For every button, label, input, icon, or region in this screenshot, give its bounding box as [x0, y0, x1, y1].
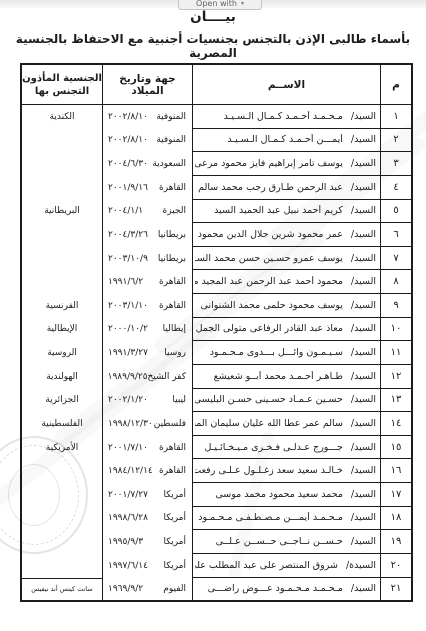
person-name: عمر محمود شرين جلال الدين محمود فهمى: [195, 229, 343, 240]
birth-place: المنوفية: [156, 112, 186, 122]
person-name: مـحـمـد أحـمـد كـمـال الـسـيـد: [224, 111, 343, 122]
birth-date: ٢٠٠١/٧/٢٧: [108, 490, 148, 500]
nationality-cell: سانت كيتس أند نيفيس: [22, 578, 102, 601]
header-name: الاســم: [192, 65, 380, 105]
table-row: ١٧ السيد/ محمد سعيد محمود محمد موسى أمري…: [22, 483, 411, 507]
honorific: السيد/: [351, 134, 376, 145]
row-number: ١٤: [380, 412, 411, 436]
nationality-cell: [22, 507, 102, 531]
person-name: معاذ عبد القادر الرفاعى متولى الجمل: [196, 323, 343, 334]
person-name-cell: السيد/ سـيـمـون وائـــل بـــدوى مـحـمـود: [192, 341, 380, 365]
header-nationality-line1: الجنسية المأذون: [22, 72, 102, 85]
person-name-cell: السيد/ يوسف عمرو حسـين حسن محمد السـمان: [192, 247, 380, 271]
birth-cell: فلسطين ١٩٩٨/١٢/٣٠: [102, 412, 192, 436]
birth-date: ٢٠٠٤/١/١: [108, 206, 143, 216]
birth-place: إيطاليا: [163, 324, 186, 334]
table-row: ١٨ السيد/ مـحـمـد أيمـــن مـصـطـفـى مـحـ…: [22, 507, 411, 531]
chevron-down-icon: ▾: [241, 0, 244, 8]
birth-date: ٢٠٠٠/١٠/٢: [108, 324, 148, 334]
row-number: ١: [380, 105, 411, 129]
person-name: محمود أحمد عبد الرحمن عبد المجيد محفوظ: [195, 276, 343, 287]
honorific: السيد/: [351, 371, 376, 382]
nationality-cell: الإيطالية: [22, 318, 102, 342]
nationality-cell: الهولندية: [22, 365, 102, 389]
table-row: ٤ السيد/ عبد الرحمن طـارق رجب محمد سالم …: [22, 176, 411, 200]
birth-place: كفر الشيخ: [148, 372, 186, 382]
row-number: ٦: [380, 223, 411, 247]
birth-date: ٢٠٠٣/١٠/٩: [108, 254, 148, 264]
table-row: ١٥ السيد/ جـــورج عـدلـى فـخـرى مـيـخـائ…: [22, 436, 411, 460]
birth-date: ١٩٨٩/٩/٢٥: [108, 372, 148, 382]
person-name: محمد سعيد محمود محمد موسى: [215, 489, 343, 500]
birth-place: القاهرة: [159, 183, 186, 193]
header-number: م: [380, 65, 411, 105]
person-name: مـحـمـد أيمـــن مـصـطـفـى مـحـمـود: [198, 512, 343, 523]
person-name: كريم أحمد نبيل عبد الحميد السيد: [214, 205, 343, 216]
row-number: ١٠: [380, 318, 411, 342]
person-name-cell: السيد/ مـحـمـد مـحـمـود عـــوض راضـــى: [192, 578, 380, 601]
row-number: ٣: [380, 152, 411, 176]
nationality-cell: الفلسطينية: [22, 412, 102, 436]
table-row: ٢١ السيد/ مـحـمـد مـحـمـود عـــوض راضـــ…: [22, 578, 411, 601]
header-nationality: الجنسية المأذون التجنس بها: [22, 65, 102, 105]
birth-place: أمريكا: [163, 537, 186, 547]
person-name: يوسف عمرو حسـين حسن محمد السـمان: [195, 253, 343, 264]
person-name-cell: السيد/ كريم أحمد نبيل عبد الحميد السيد: [192, 200, 380, 224]
honorific: السيد/: [351, 418, 376, 429]
row-number: ٤: [380, 176, 411, 200]
row-number: ٢٠: [380, 554, 411, 578]
person-name: مـحـمـد مـحـمـود عـــوض راضـــى: [208, 583, 343, 594]
honorific: السيد/: [351, 205, 376, 216]
birth-cell: القاهرة ٢٠٠٣/١/١٠: [102, 294, 192, 318]
nationality-cell: الجزائرية: [22, 389, 102, 413]
honorific: السيد/: [351, 276, 376, 287]
honorific: السيد/: [351, 465, 376, 476]
row-number: ٧: [380, 247, 411, 271]
honorific: السيد/: [351, 442, 376, 453]
person-name-cell: السيد/ سالم عمر عطا الله عليان سليمان ال…: [192, 412, 380, 436]
birth-place: القاهرة: [159, 443, 186, 453]
table-row: ١٠ السيد/ معاذ عبد القادر الرفاعى متولى …: [22, 318, 411, 342]
table-row: ٧ السيد/ يوسف عمرو حسـين حسن محمد السـما…: [22, 247, 411, 271]
birth-date: ٢٠٠٢/١/٢٠: [108, 395, 148, 405]
person-name: خـالـد سعيد سعد زغـلـول عـلـى رفعت: [195, 465, 343, 476]
table-row: ١١ السيد/ سـيـمـون وائـــل بـــدوى مـحـم…: [22, 341, 411, 365]
birth-place: القاهرة: [159, 466, 186, 476]
document-page: { "viewer": { "open_with_label": "Open w…: [0, 0, 426, 631]
honorific: السيد/: [351, 111, 376, 122]
honorific: السيد/: [351, 323, 376, 334]
page-subtitle: بأسماء طالبى الإذن بالتجنس بجنسيات أجنبي…: [0, 32, 426, 60]
person-name-cell: السيد/ حـســن نــاجــى حــســن عـلــى: [192, 530, 380, 554]
birth-date: ١٩٩٨/١٢/٣٠: [108, 419, 153, 429]
birth-cell: أمريكا ٢٠٠١/٧/٢٧: [102, 483, 192, 507]
honorific: السيد/: [351, 300, 376, 311]
honorific: السيد/: [351, 536, 376, 547]
birth-cell: أمريكا ١٩٩٧/٦/١٤: [102, 554, 192, 578]
person-name-cell: السيد/ عبد الرحمن طـارق رجب محمد سالم: [192, 176, 380, 200]
birth-date: ٢٠٠١/٧/١٠: [108, 443, 148, 453]
honorific: السيد/: [351, 158, 376, 169]
honorific: السيد/: [351, 489, 376, 500]
birth-place: السعودية: [152, 159, 186, 169]
table-row: ٨ السيد/ محمود أحمد عبد الرحمن عبد المجي…: [22, 270, 411, 294]
birth-place: الجيزة: [163, 206, 186, 216]
nationality-cell: [22, 554, 102, 578]
birth-date: ١٩٩١/٦/٢: [108, 277, 143, 287]
row-number: ١٨: [380, 507, 411, 531]
table-row: ٣ السيد/ يوسف تامر إبراهيم فايز محمود مر…: [22, 152, 411, 176]
row-number: ١٢: [380, 365, 411, 389]
nationality-cell: الفرنسية: [22, 294, 102, 318]
row-number: ٢: [380, 129, 411, 153]
nationality-cell: [22, 129, 102, 153]
person-name: طـاهـر أحـمـد محمد أبــو شعيشع: [214, 371, 343, 382]
honorific: السيد/: [351, 182, 376, 193]
birth-date: ٢٠٠١/٩/١٦: [108, 183, 148, 193]
birth-place: أمريكا: [163, 561, 186, 571]
person-name: حسـين عـمـاد حسـينى حسـن البليسى: [195, 394, 343, 405]
person-name-cell: السيد/ طـاهـر أحـمـد محمد أبــو شعيشع: [192, 365, 380, 389]
person-name-cell: السيد/ خـالـد سعيد سعد زغـلـول عـلـى رفع…: [192, 459, 380, 483]
naturalization-table: م الاســم جهة وتاريخ الميلاد الجنسية الم…: [20, 63, 413, 602]
person-name: جـــورج عـدلـى فـخـرى مـيـخـائـيـل: [204, 442, 342, 453]
birth-place: أمريكا: [163, 490, 186, 500]
honorific: السيد/: [351, 347, 376, 358]
nationality-cell: [22, 223, 102, 247]
person-name: يوسف محمود حلمى محمد الشنوانى: [201, 300, 343, 311]
birth-cell: السعودية ٢٠٠٤/٦/٣٠: [102, 152, 192, 176]
row-number: ٩: [380, 294, 411, 318]
table-row: ١٩ السيد/ حـســن نــاجــى حــســن عـلــى…: [22, 530, 411, 554]
birth-date: ٢٠٠٤/٣/٢٦: [108, 230, 148, 240]
nationality-cell: [22, 152, 102, 176]
page-title: بيــــان: [0, 9, 426, 25]
person-name: سـيـمـون وائـــل بـــدوى مـحـمـود: [210, 347, 343, 358]
honorific: السيد/: [351, 229, 376, 240]
birth-cell: إيطاليا ٢٠٠٠/١٠/٢: [102, 318, 192, 342]
row-number: ٢١: [380, 578, 411, 601]
birth-place: ليبيا: [172, 395, 186, 405]
birth-date: ٢٠٠٢/٨/١٠: [108, 112, 148, 122]
table-row: ٢ السيد/ أيمـــن أحـمـد كـمـال الـسـيـد …: [22, 129, 411, 153]
person-name: حـســن نــاجــى حــســن عـلــى: [216, 536, 343, 547]
person-name-cell: السيد/ يوسف تامر إبراهيم فايز محمود مرعى: [192, 152, 380, 176]
person-name-cell: السيدة/ شروق المنتصر على عبد المطلب على …: [192, 554, 380, 578]
nationality-cell: [22, 530, 102, 554]
birth-cell: المنوفية ٢٠٠٢/٨/١٠: [102, 129, 192, 153]
birth-date: ١٩٩٧/٦/١٤: [108, 561, 148, 571]
person-name-cell: السيد/ محمود أحمد عبد الرحمن عبد المجيد …: [192, 270, 380, 294]
birth-place: روسيا: [164, 348, 186, 358]
birth-date: ٢٠٠٤/٦/٣٠: [108, 159, 148, 169]
nationality-cell: الروسية: [22, 341, 102, 365]
birth-place: أمريكا: [163, 513, 186, 523]
birth-place: القاهرة: [159, 301, 186, 311]
honorific: السيد/: [351, 394, 376, 405]
honorific: السيد/: [351, 583, 376, 594]
birth-date: ١٩٩٥/٩/٣: [108, 537, 143, 547]
table-row: ١٤ السيد/ سالم عمر عطا الله عليان سليمان…: [22, 412, 411, 436]
birth-place: بريطانيا: [158, 230, 186, 240]
person-name-cell: السيد/ يوسف محمود حلمى محمد الشنوانى: [192, 294, 380, 318]
person-name: عبد الرحمن طـارق رجب محمد سالم: [198, 182, 343, 193]
nationality-cell: [22, 270, 102, 294]
header-nationality-line2: التجنس بها: [35, 85, 89, 98]
birth-cell: كفر الشيخ ١٩٨٩/٩/٢٥: [102, 365, 192, 389]
table-row: ١٢ السيد/ طـاهـر أحـمـد محمد أبــو شعيشع…: [22, 365, 411, 389]
honorific: السيدة/: [346, 560, 376, 571]
birth-cell: المنوفية ٢٠٠٢/٨/١٠: [102, 105, 192, 129]
person-name-cell: السيد/ مـحـمـد أيمـــن مـصـطـفـى مـحـمـو…: [192, 507, 380, 531]
person-name: سالم عمر عطا الله عليان سليمان المصرى: [195, 418, 343, 429]
birth-place: فلسطين: [154, 419, 186, 429]
open-with-button[interactable]: Open with ▾: [178, 0, 262, 10]
birth-cell: الفيوم ١٩٦٩/٩/٢: [102, 578, 192, 601]
birth-cell: بريطانيا ٢٠٠٣/١٠/٩: [102, 247, 192, 271]
row-number: ١٦: [380, 459, 411, 483]
birth-place: بريطانيا: [158, 254, 186, 264]
row-number: ٨: [380, 270, 411, 294]
birth-cell: بريطانيا ٢٠٠٤/٣/٢٦: [102, 223, 192, 247]
nationality-cell: [22, 247, 102, 271]
nationality-cell: البريطانية: [22, 200, 102, 224]
table-row: ٩ السيد/ يوسف محمود حلمى محمد الشنوانى ا…: [22, 294, 411, 318]
table-row: ١٣ السيد/ حسـين عـمـاد حسـينى حسـن البلي…: [22, 389, 411, 413]
birth-cell: روسيا ١٩٩١/٣/٢٧: [102, 341, 192, 365]
nationality-cell: الكندية: [22, 105, 102, 129]
nationality-cell: الأمريكية: [22, 436, 102, 460]
table-header-row: م الاســم جهة وتاريخ الميلاد الجنسية الم…: [22, 65, 411, 105]
person-name-cell: السيد/ أيمـــن أحـمـد كـمـال الـسـيـد: [192, 129, 380, 153]
birth-date: ١٩٦٩/٩/٢: [108, 584, 143, 594]
person-name-cell: السيد/ مـحـمـد أحـمـد كـمـال الـسـيـد: [192, 105, 380, 129]
birth-date: ١٩٩١/٣/٢٧: [108, 348, 148, 358]
birth-place: المنوفية: [156, 135, 186, 145]
birth-date: ٢٠٠٣/١/١٠: [108, 301, 148, 311]
open-with-label: Open with: [196, 0, 237, 8]
header-birth: جهة وتاريخ الميلاد: [102, 65, 192, 105]
table-row: ٦ السيد/ عمر محمود شرين جلال الدين محمود…: [22, 223, 411, 247]
table-row: ٥ السيد/ كريم أحمد نبيل عبد الحميد السيد…: [22, 200, 411, 224]
birth-date: ١٩٩٨/٦/٢٨: [108, 513, 148, 523]
honorific: السيد/: [351, 512, 376, 523]
birth-cell: أمريكا ١٩٩٨/٦/٢٨: [102, 507, 192, 531]
birth-cell: الجيزة ٢٠٠٤/١/١: [102, 200, 192, 224]
nationality-cell: [22, 459, 102, 483]
person-name: أيمـــن أحـمـد كـمـال الـسـيـد: [227, 134, 343, 145]
birth-date: ١٩٨٤/١٢/١٤: [108, 466, 153, 476]
nationality-cell: [22, 483, 102, 507]
birth-place: الفيوم: [163, 584, 186, 594]
row-number: ١٥: [380, 436, 411, 460]
birth-cell: أمريكا ١٩٩٥/٩/٣: [102, 530, 192, 554]
person-name-cell: السيد/ جـــورج عـدلـى فـخـرى مـيـخـائـيـ…: [192, 436, 380, 460]
person-name-cell: السيد/ محمد سعيد محمود محمد موسى: [192, 483, 380, 507]
row-number: ١٧: [380, 483, 411, 507]
birth-cell: ليبيا ٢٠٠٢/١/٢٠: [102, 389, 192, 413]
person-name-cell: السيد/ عمر محمود شرين جلال الدين محمود ف…: [192, 223, 380, 247]
nationality-cell: [22, 176, 102, 200]
table-row: ٢٠ السيدة/ شروق المنتصر على عبد المطلب ع…: [22, 554, 411, 578]
birth-cell: القاهرة ١٩٨٤/١٢/١٤: [102, 459, 192, 483]
birth-date: ٢٠٠٢/٨/١٠: [108, 135, 148, 145]
person-name-cell: السيد/ معاذ عبد القادر الرفاعى متولى الج…: [192, 318, 380, 342]
honorific: السيد/: [351, 253, 376, 264]
row-number: ١٩: [380, 530, 411, 554]
birth-cell: القاهرة ٢٠٠١/٩/١٦: [102, 176, 192, 200]
row-number: ٥: [380, 200, 411, 224]
person-name: يوسف تامر إبراهيم فايز محمود مرعى: [195, 158, 343, 169]
row-number: ١٣: [380, 389, 411, 413]
table-row: ١٦ السيد/ خـالـد سعيد سعد زغـلـول عـلـى …: [22, 459, 411, 483]
table-row: ١ السيد/ مـحـمـد أحـمـد كـمـال الـسـيـد …: [22, 105, 411, 129]
row-number: ١١: [380, 341, 411, 365]
person-name: شروق المنتصر على عبد المطلب على جبر: [195, 560, 338, 571]
birth-place: القاهرة: [159, 277, 186, 287]
person-name-cell: السيد/ حسـين عـمـاد حسـينى حسـن البليسى: [192, 389, 380, 413]
birth-cell: القاهرة ١٩٩١/٦/٢: [102, 270, 192, 294]
birth-cell: القاهرة ٢٠٠١/٧/١٠: [102, 436, 192, 460]
